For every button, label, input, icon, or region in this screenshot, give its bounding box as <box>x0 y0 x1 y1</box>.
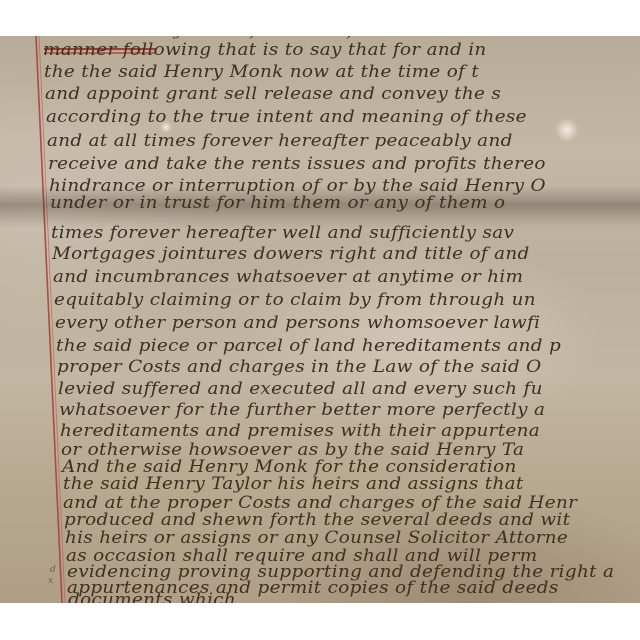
deed-line: the the said Henry Monk now at the time … <box>44 62 479 82</box>
deed-line: every other person and persons whomsoeve… <box>55 313 540 333</box>
deed-line: the said Henry Taylor his heirs and assi… <box>63 474 524 494</box>
deed-line: his heirs or assigns or any Counsel Soli… <box>65 528 568 548</box>
deed-line: produced and shewn forth the several dee… <box>64 510 570 530</box>
deed-line: levied suffered and executed all and eve… <box>58 379 543 399</box>
deed-line: hereditaments and premises with their ap… <box>60 421 540 441</box>
deed-line: proper Costs and charges in the Law of t… <box>57 357 542 377</box>
marginal-note: x <box>48 576 53 586</box>
deed-line: whatsoever for the further better more p… <box>59 400 545 420</box>
deed-line: receive and take the rents issues and pr… <box>48 154 546 174</box>
deed-line: times forever hereafter well and suffici… <box>51 223 514 243</box>
deed-line: and appoint grant sell release and conve… <box>45 84 501 104</box>
deed-line: manner following that is to say that for… <box>43 40 487 60</box>
deed-line: equitably claiming or to claim by from t… <box>54 290 536 310</box>
deed-line: according to the true intent and meaning… <box>46 107 527 127</box>
deed-line: and at all times forever hereafter peace… <box>47 131 513 151</box>
deed-line: documents which <box>68 590 236 603</box>
deed-line: Mortgages jointures dowers right and tit… <box>52 244 530 264</box>
deed-line: and incumbrances whatsoever at anytime o… <box>53 267 523 287</box>
light-glare <box>555 118 579 142</box>
parchment-photo: the said Henry Monk for himself his heir… <box>0 36 640 603</box>
marginal-note: d <box>50 565 56 575</box>
deed-line: under or in trust for him them or any of… <box>50 193 505 213</box>
deed-line: the said piece or parcel of land heredit… <box>56 336 561 356</box>
